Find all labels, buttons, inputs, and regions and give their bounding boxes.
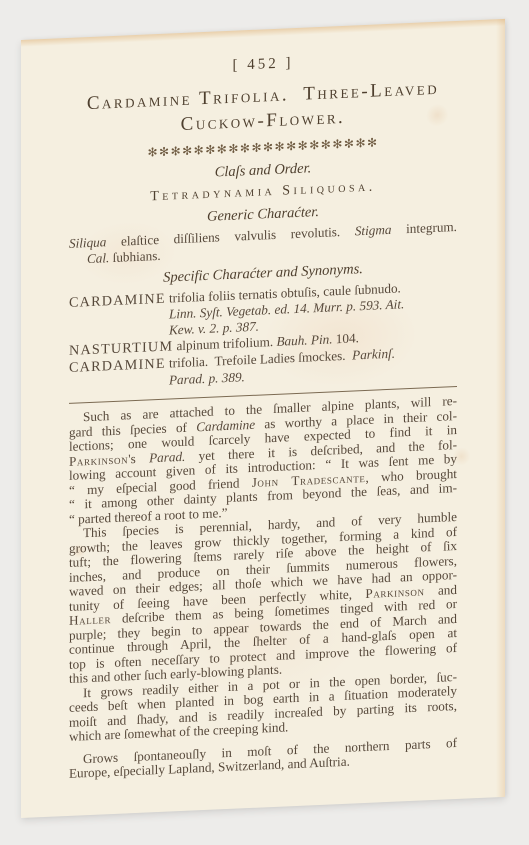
text-segment: integrum. (391, 219, 457, 237)
text-segment: Parad. p. 389. (169, 369, 245, 387)
synonyms-list: CARDAMINE trifolia foliis ternatis obtuſ… (69, 278, 457, 393)
text-segment: Parkinſ. (352, 345, 395, 362)
paragraph: Grows ſpontaneouſly in moſt of the north… (69, 736, 457, 782)
book-page: [ 452 ] Cardamine Trifolia. Three-Leaved… (21, 19, 505, 818)
body-text: Such as are attached to the ſmaller alpi… (69, 394, 457, 781)
text-segment: 104. (333, 330, 359, 346)
text-segment: 's (128, 450, 149, 466)
text-segment: ſubhians. (109, 248, 160, 265)
text-segment: CARDAMINE (69, 355, 166, 375)
page-title: Cardamine Trifolia. Three-Leaved Cuckow-… (69, 75, 457, 142)
paragraph: Such as are attached to the ſmaller alpi… (69, 394, 457, 527)
text-segment: Siliqua (69, 234, 106, 251)
text-segment: CARDAMINE (69, 290, 166, 310)
text-segment: Bauh. Pin. (276, 331, 332, 348)
paragraph: This ſpecies is perennial, hardy, and of… (69, 510, 457, 686)
text-segment: Stigma (355, 222, 392, 239)
text-segment: Cal. (87, 250, 109, 266)
scan-background: [ 452 ] Cardamine Trifolia. Three-Leaved… (0, 0, 529, 845)
